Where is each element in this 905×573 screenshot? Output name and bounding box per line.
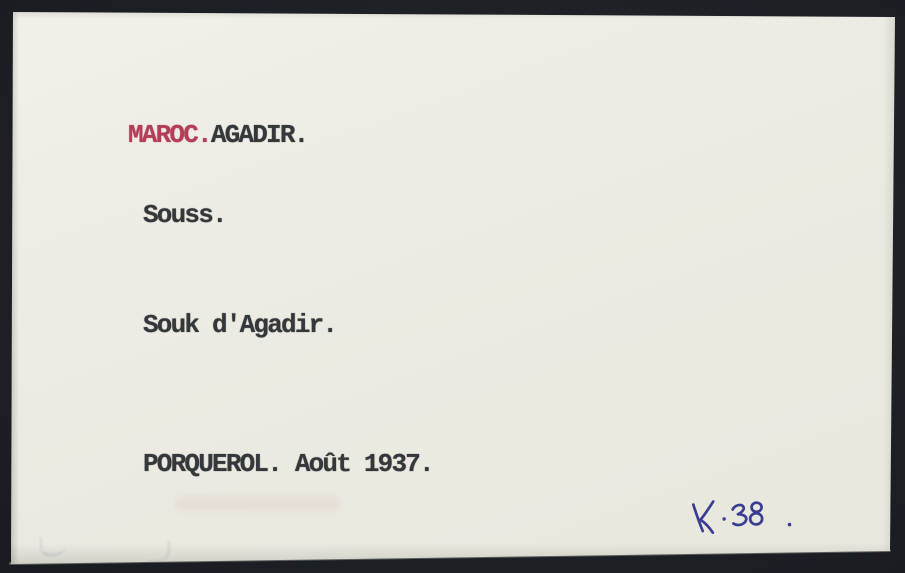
card-edge-shade-top [13, 12, 895, 19]
place-date-line: PORQUEROL. Août 1937. [143, 451, 433, 477]
bleed-through-mark-blue [40, 537, 66, 556]
card-edge-shade-left [11, 12, 19, 565]
photo-background: MAROC.AGADIR. Souss. Souk d'Agadir. PORQ… [0, 0, 905, 573]
catalog-card: MAROC.AGADIR. Souss. Souk d'Agadir. PORQ… [0, 0, 905, 573]
digit-8-top [751, 502, 761, 512]
digit-8-bottom [750, 513, 763, 525]
title-country: MAROC. [128, 120, 211, 150]
letter-k-arm [698, 502, 714, 522]
bleed-through-mark-gray [148, 541, 170, 562]
region-line: Souss. [143, 202, 226, 228]
title-city: AGADIR. [211, 120, 308, 150]
card-edge-shade-right [883, 15, 895, 553]
bleed-through-mark-pink [175, 496, 340, 511]
decimal-dot [722, 517, 726, 521]
digit-3 [732, 505, 746, 526]
handwritten-code [688, 494, 798, 539]
title-line: MAROC.AGADIR. [128, 122, 307, 148]
trailing-dot [788, 523, 792, 527]
subject-line: Souk d'Agadir. [143, 312, 336, 338]
